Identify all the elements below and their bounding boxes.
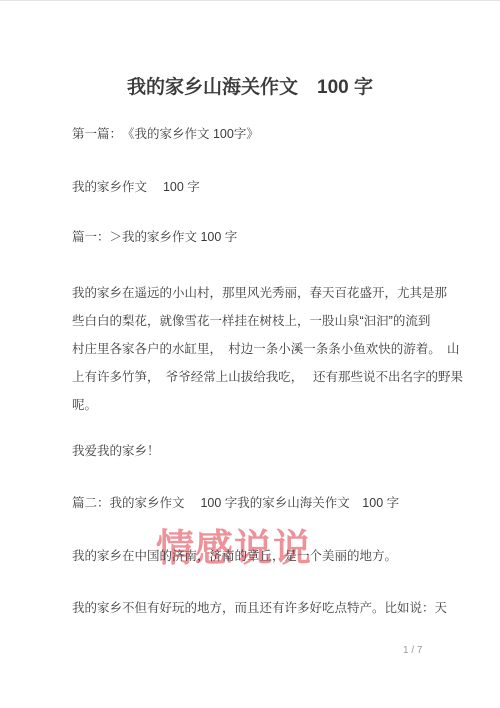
paragraph-line: 我的家乡在遥远的小山村，那里风光秀丽，春天百花盛开，尤其是那 [72,285,447,301]
paragraph-line: 村庄里各家各户的水缸里， 村边一条小溪一条条小鱼欢快的游着。 山 [72,341,460,357]
section-heading-pian-er: 篇二：我的家乡作文 100 字我的家乡山海关作文 100 字 [72,495,399,511]
document-title: 我的家乡山海关作文 100 字 [0,72,500,99]
paragraph-line: 我爱我的家乡！ [72,443,160,459]
subtitle-line: 我的家乡作文 100 字 [72,179,200,195]
section-heading-first: 第一篇： 《我的家乡作文 100字》 [72,126,259,142]
page-top-divider [0,0,500,1]
paragraph-line: 上有许多竹笋， 爷爷经常上山拔给我吃， 还有那些说不出名字的野果 [72,369,463,385]
paragraph-line: 些白白的梨花，就像雪花一样挂在树枝上，一股山泉“汩汩”的流到 [72,313,430,329]
section-heading-pian-yi: 篇一：＞我的家乡作文 100 字 [72,229,237,245]
paragraph-line: 我的家乡在中国的济南，济南的章丘，是一个美丽的地方。 [72,548,397,564]
page-number-indicator: 1 / 7 [403,645,422,656]
paragraph-line: 呢。 [72,397,97,413]
paragraph-line: 我的家乡不但有好玩的地方，而且还有许多好吃点特产。比如说：天 [72,600,447,616]
document-page: 我的家乡山海关作文 100 字 情感说说 第一篇： 《我的家乡作文 100字》 … [0,0,500,708]
